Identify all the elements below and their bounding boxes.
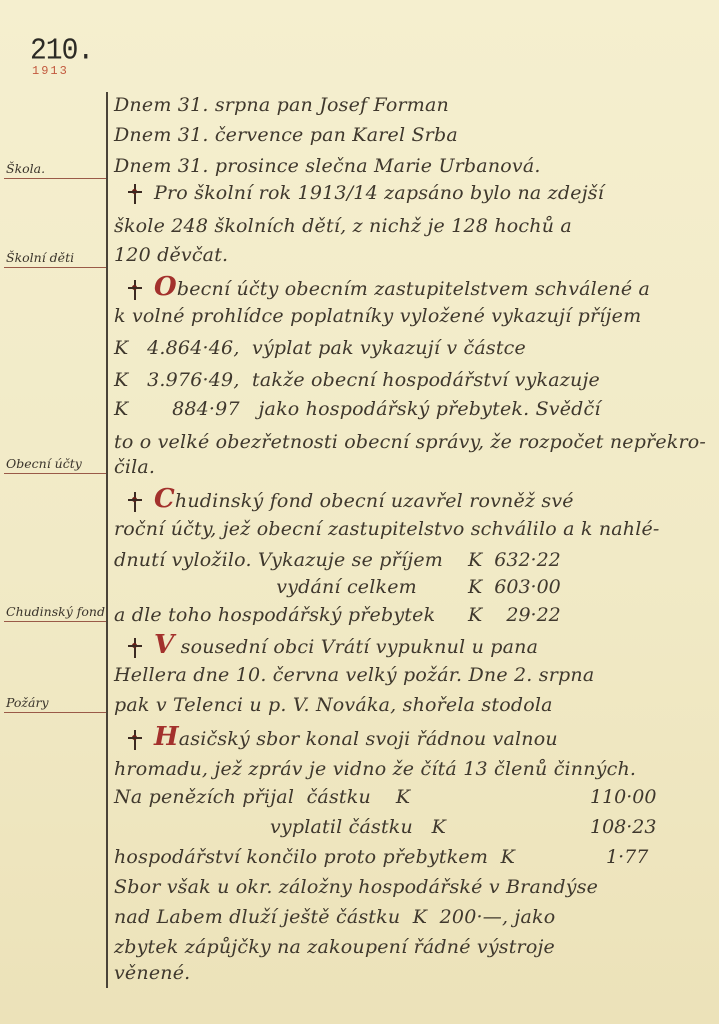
amount-value: K 29·22 (468, 604, 561, 626)
cross-icon (128, 730, 142, 750)
line-text: zbytek zápůjčky na zakoupení řádné výstr… (114, 936, 555, 958)
amount-value: 108·23 (590, 816, 656, 838)
text-line: dnutí vyložilo. Vykazuje se příjem (114, 549, 443, 571)
line-text: Dnem 31. července pan Karel Srba (114, 124, 458, 146)
amount-value: K 632·22 (468, 549, 561, 571)
line-text: věnené. (114, 962, 190, 984)
cross-icon (128, 492, 142, 512)
line-text: a dle toho hospodářský přebytek (114, 604, 435, 626)
text-line: to o velké obezřetnosti obecní správy, ž… (114, 431, 706, 453)
text-line: Na penězích přijal částku K (114, 786, 410, 808)
text-line: K 3.976·49, takže obecní hospodářství vy… (114, 369, 600, 391)
line-text: Hellera dne 10. června velký požár. Dne … (114, 664, 594, 686)
text-line: zbytek zápůjčky na zakoupení řádné výstr… (114, 936, 555, 958)
margin-label: Školní děti (4, 249, 106, 268)
cross-icon (128, 184, 142, 204)
red-initial-letter: C (154, 484, 175, 514)
text-line: Hellera dne 10. června velký požár. Dne … (114, 664, 594, 686)
cross-icon (128, 280, 142, 300)
text-line: hospodářství končilo proto přebytkem K (114, 846, 515, 868)
line-text: vyplatil částku K (114, 816, 446, 838)
amount-value: 110·00 (590, 786, 656, 808)
line-text: Pro školní rok 1913/14 zapsáno bylo na z… (154, 182, 604, 204)
page-year: 1913 (32, 64, 69, 78)
text-line: Dnem 31. srpna pan Josef Forman (114, 94, 449, 116)
text-line: K 884·97 jako hospodářský přebytek. Svěd… (114, 398, 601, 420)
line-text: hudinský fond obecní uzavřel rovněž své (175, 490, 574, 512)
text-line: 120 děvčat. (114, 244, 228, 266)
text-line: Sbor však u okr. záložny hospodářské v B… (114, 876, 598, 898)
line-text: vydání celkem (114, 576, 417, 598)
line-text: čila. (114, 456, 155, 478)
text-line: k volné prohlídce poplatníky vyložené vy… (114, 305, 641, 327)
text-line: pak v Telenci u p. V. Nováka, shořela st… (114, 694, 553, 716)
text-line: Chudinský fond obecní uzavřel rovněž své (128, 484, 574, 514)
line-text: hospodářství končilo proto přebytkem K (114, 846, 515, 868)
line-text: k volné prohlídce poplatníky vyložené vy… (114, 305, 641, 327)
line-text: K 3.976·49, takže obecní hospodářství vy… (114, 369, 600, 391)
line-text: asičský sbor konal svoji řádnou valnou (179, 728, 558, 750)
red-initial-letter: O (154, 272, 177, 302)
text-line: roční účty, jež obecní zastupitelstvo sc… (114, 518, 660, 540)
text-line: Pro školní rok 1913/14 zapsáno bylo na z… (128, 182, 604, 204)
text-line: čila. (114, 456, 155, 478)
line-text: škole 248 školních dětí, z nichž je 128 … (114, 215, 572, 237)
amount-value: 1·77 (606, 846, 648, 868)
text-line: vyplatil částku K (114, 816, 446, 838)
text-line: vydání celkem (114, 576, 417, 598)
line-text: Dnem 31. prosince slečna Marie Urbanová. (114, 155, 541, 177)
margin-label: Požáry (4, 694, 106, 713)
text-line: škole 248 školních dětí, z nichž je 128 … (114, 215, 572, 237)
line-text: K 884·97 jako hospodářský přebytek. Svěd… (114, 398, 601, 420)
margin-label: Chudinský fond (4, 603, 106, 622)
cross-icon (128, 638, 142, 658)
margin-label: Obecní účty (4, 455, 106, 474)
text-line: Dnem 31. července pan Karel Srba (114, 124, 458, 146)
amount-value: K 603·00 (468, 576, 561, 598)
text-line: Obecní účty obecním zastupitelstvem schv… (128, 272, 650, 302)
text-line: věnené. (114, 962, 190, 984)
line-text: dnutí vyložilo. Vykazuje se příjem (114, 549, 443, 571)
red-initial-letter: V (154, 630, 174, 660)
line-text: becní účty obecním zastupitelstvem schvá… (177, 278, 650, 300)
text-line: hromadu, jež zpráv je vidno že čítá 13 č… (114, 758, 636, 780)
line-text: 120 děvčat. (114, 244, 228, 266)
line-text: K 4.864·46, výplat pak vykazují v částce (114, 337, 526, 359)
line-text: nad Labem dluží ještě částku K 200·—, ja… (114, 906, 555, 928)
line-text: Sbor však u okr. záložny hospodářské v B… (114, 876, 598, 898)
margin-label: Škola. (4, 160, 106, 179)
text-line: nad Labem dluží ještě částku K 200·—, ja… (114, 906, 555, 928)
text-line: a dle toho hospodářský přebytek (114, 604, 435, 626)
red-initial-letter: H (154, 722, 179, 752)
text-line: Hasičský sbor konal svoji řádnou valnou (128, 722, 558, 752)
line-text: sousední obci Vrátí vypuknul u pana (174, 636, 538, 658)
line-text: hromadu, jež zpráv je vidno že čítá 13 č… (114, 758, 636, 780)
margin-rule (106, 92, 108, 988)
line-text: to o velké obezřetnosti obecní správy, ž… (114, 431, 706, 453)
text-line: Dnem 31. prosince slečna Marie Urbanová. (114, 155, 541, 177)
line-text: roční účty, jež obecní zastupitelstvo sc… (114, 518, 660, 540)
line-text: pak v Telenci u p. V. Nováka, shořela st… (114, 694, 553, 716)
text-line: K 4.864·46, výplat pak vykazují v částce (114, 337, 526, 359)
text-line: V sousední obci Vrátí vypuknul u pana (128, 630, 538, 660)
line-text: Dnem 31. srpna pan Josef Forman (114, 94, 449, 116)
line-text: Na penězích přijal částku K (114, 786, 410, 808)
